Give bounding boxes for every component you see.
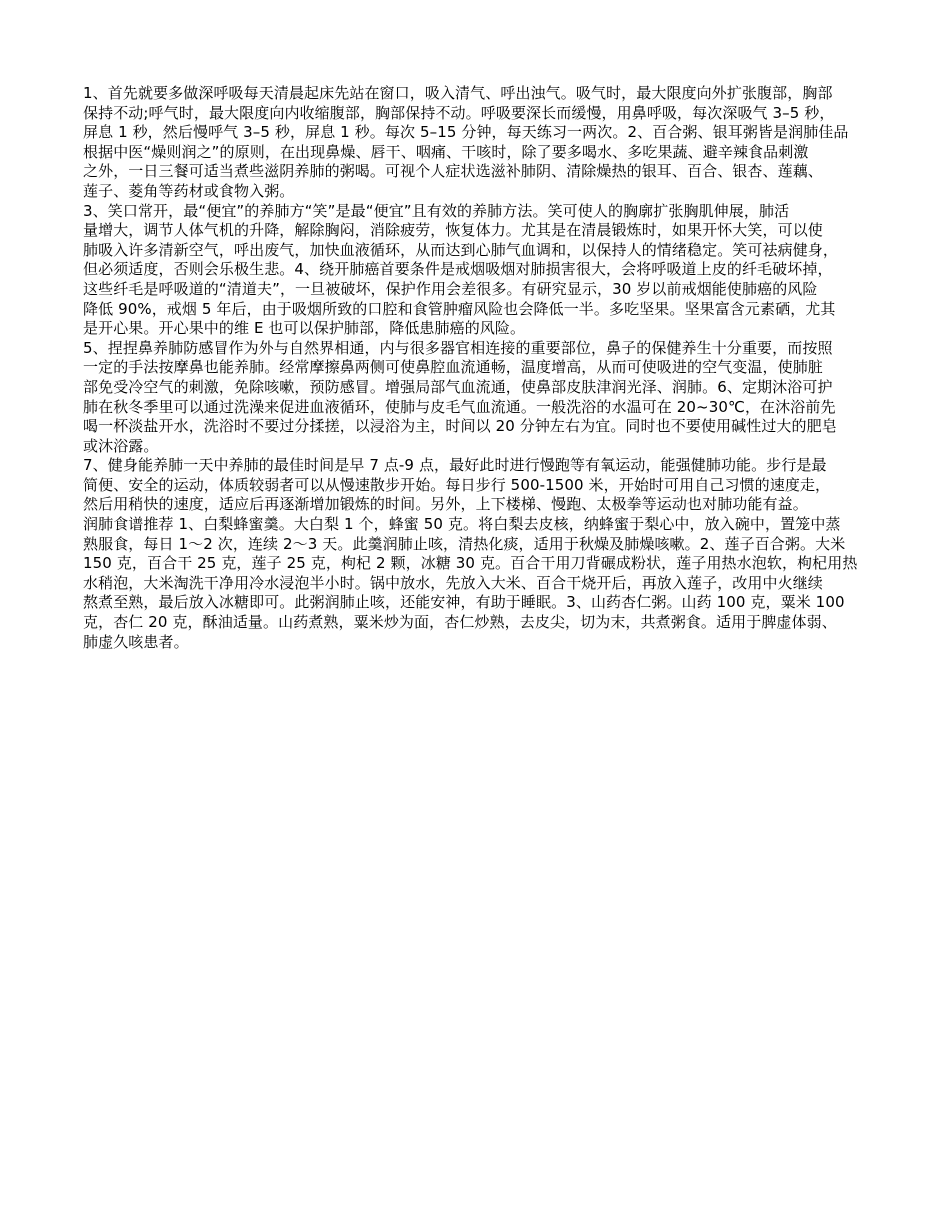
text-line: 是开心果。开心果中的维 E 也可以保护肺部，降低患肺癌的风险。 xyxy=(83,319,883,339)
text-line: 5、捏捏鼻养肺防感冒作为外与自然界相通，内与很多器官相连接的重要部位，鼻子的保健… xyxy=(83,339,883,359)
text-line: 肺在秋冬季里可以通过洗澡来促进血液循环，使肺与皮毛气血流通。一般洗浴的水温可在 … xyxy=(83,398,883,418)
text-line: 这些纤毛是呼吸道的“清道夫”，一旦被破坏，保护作用会差很多。有研究显示，30 岁… xyxy=(83,280,883,300)
text-line: 一定的手法按摩鼻也能养肺。经常摩擦鼻两侧可使鼻腔血流通畅，温度增高，从而可使吸进… xyxy=(83,358,883,378)
text-line: 然后用稍快的速度，适应后再逐渐增加锻炼的时间。另外，上下楼梯、慢跑、太极拳等运动… xyxy=(83,495,883,515)
text-line: 肺吸入许多清新空气，呼出废气，加快血液循环，从而达到心肺气血调和，以保持人的情绪… xyxy=(83,241,883,261)
text-line: 水稍泡，大米淘洗干净用冷水浸泡半小时。锅中放水，先放入大米、百合干烧开后，再放入… xyxy=(83,574,883,594)
text-line: 简便、安全的运动，体质较弱者可以从慢速散步开始。每日步行 500-1500 米，… xyxy=(83,476,883,496)
text-line: 根据中医“燥则润之”的原则，在出现鼻燥、唇干、咽痛、干咳时，除了要多喝水、多吃果… xyxy=(83,143,883,163)
text-line: 7、健身能养肺一天中养肺的最佳时间是早 7 点-9 点，最好此时进行慢跑等有氧运… xyxy=(83,456,883,476)
text-line: 之外，一日三餐可适当煮些滋阴养肺的粥喝。可视个人症状选滋补肺阴、清除燥热的银耳、… xyxy=(83,162,883,182)
text-line: 保持不动;呼气时，最大限度向内收缩腹部，胸部保持不动。呼吸要深长而缓慢，用鼻呼吸… xyxy=(83,104,883,124)
text-line: 喝一杯淡盐开水，洗浴时不要过分揉搓，以浸浴为主，时间以 20 分钟左右为宜。同时… xyxy=(83,417,883,437)
text-line: 莲子、菱角等药材或食物入粥。 xyxy=(83,182,883,202)
paragraph: 润肺食谱推荐 1、白梨蜂蜜羹。大白梨 1 个，蜂蜜 50 克。将白梨去皮核，纳蜂… xyxy=(83,515,883,652)
text-line: 润肺食谱推荐 1、白梨蜂蜜羹。大白梨 1 个，蜂蜜 50 克。将白梨去皮核，纳蜂… xyxy=(83,515,883,535)
document-body: 1、首先就要多做深呼吸每天清晨起床先站在窗口，吸入清气、呼出浊气。吸气时，最大限… xyxy=(83,84,883,652)
text-line: 屏息 1 秒，然后慢呼气 3–5 秒，屏息 1 秒。每次 5–15 分钟，每天练… xyxy=(83,123,883,143)
text-line: 肺虚久咳患者。 xyxy=(83,633,883,653)
text-line: 1、首先就要多做深呼吸每天清晨起床先站在窗口，吸入清气、呼出浊气。吸气时，最大限… xyxy=(83,84,883,104)
text-line: 或沐浴露。 xyxy=(83,437,883,457)
text-line: 熟服食，每日 1～2 次，连续 2～3 天。此羹润肺止咳，清热化痰，适用于秋燥及… xyxy=(83,535,883,555)
paragraph: 3、笑口常开，最“便宜”的养肺方“笑”是最“便宜”且有效的养肺方法。笑可使人的胸… xyxy=(83,202,883,339)
text-line: 量增大，调节人体气机的升降，解除胸闷，消除疲劳，恢复体力。尤其是在清晨锻炼时，如… xyxy=(83,221,883,241)
paragraph: 5、捏捏鼻养肺防感冒作为外与自然界相通，内与很多器官相连接的重要部位，鼻子的保健… xyxy=(83,339,883,457)
paragraph: 7、健身能养肺一天中养肺的最佳时间是早 7 点-9 点，最好此时进行慢跑等有氧运… xyxy=(83,456,883,515)
text-line: 150 克，百合干 25 克，莲子 25 克，枸杞 2 颗，冰糖 30 克。百合… xyxy=(83,554,883,574)
text-line: 部免受冷空气的刺激，免除咳嗽，预防感冒。增强局部气血流通，使鼻部皮肤津润光泽、润… xyxy=(83,378,883,398)
text-line: 克，杏仁 20 克，酥油适量。山药煮熟，粟米炒为面，杏仁炒熟，去皮尖，切为末，共… xyxy=(83,613,883,633)
text-line: 但必须适度，否则会乐极生悲。4、绕开肺癌首要条件是戒烟吸烟对肺损害很大，会将呼吸… xyxy=(83,260,883,280)
text-line: 3、笑口常开，最“便宜”的养肺方“笑”是最“便宜”且有效的养肺方法。笑可使人的胸… xyxy=(83,202,883,222)
text-line: 熬煮至熟，最后放入冰糖即可。此粥润肺止咳，还能安神，有助于睡眠。3、山药杏仁粥。… xyxy=(83,593,883,613)
text-line: 降低 90%，戒烟 5 年后，由于吸烟所致的口腔和食管肿瘤风险也会降低一半。多吃… xyxy=(83,300,883,320)
paragraph: 1、首先就要多做深呼吸每天清晨起床先站在窗口，吸入清气、呼出浊气。吸气时，最大限… xyxy=(83,84,883,202)
